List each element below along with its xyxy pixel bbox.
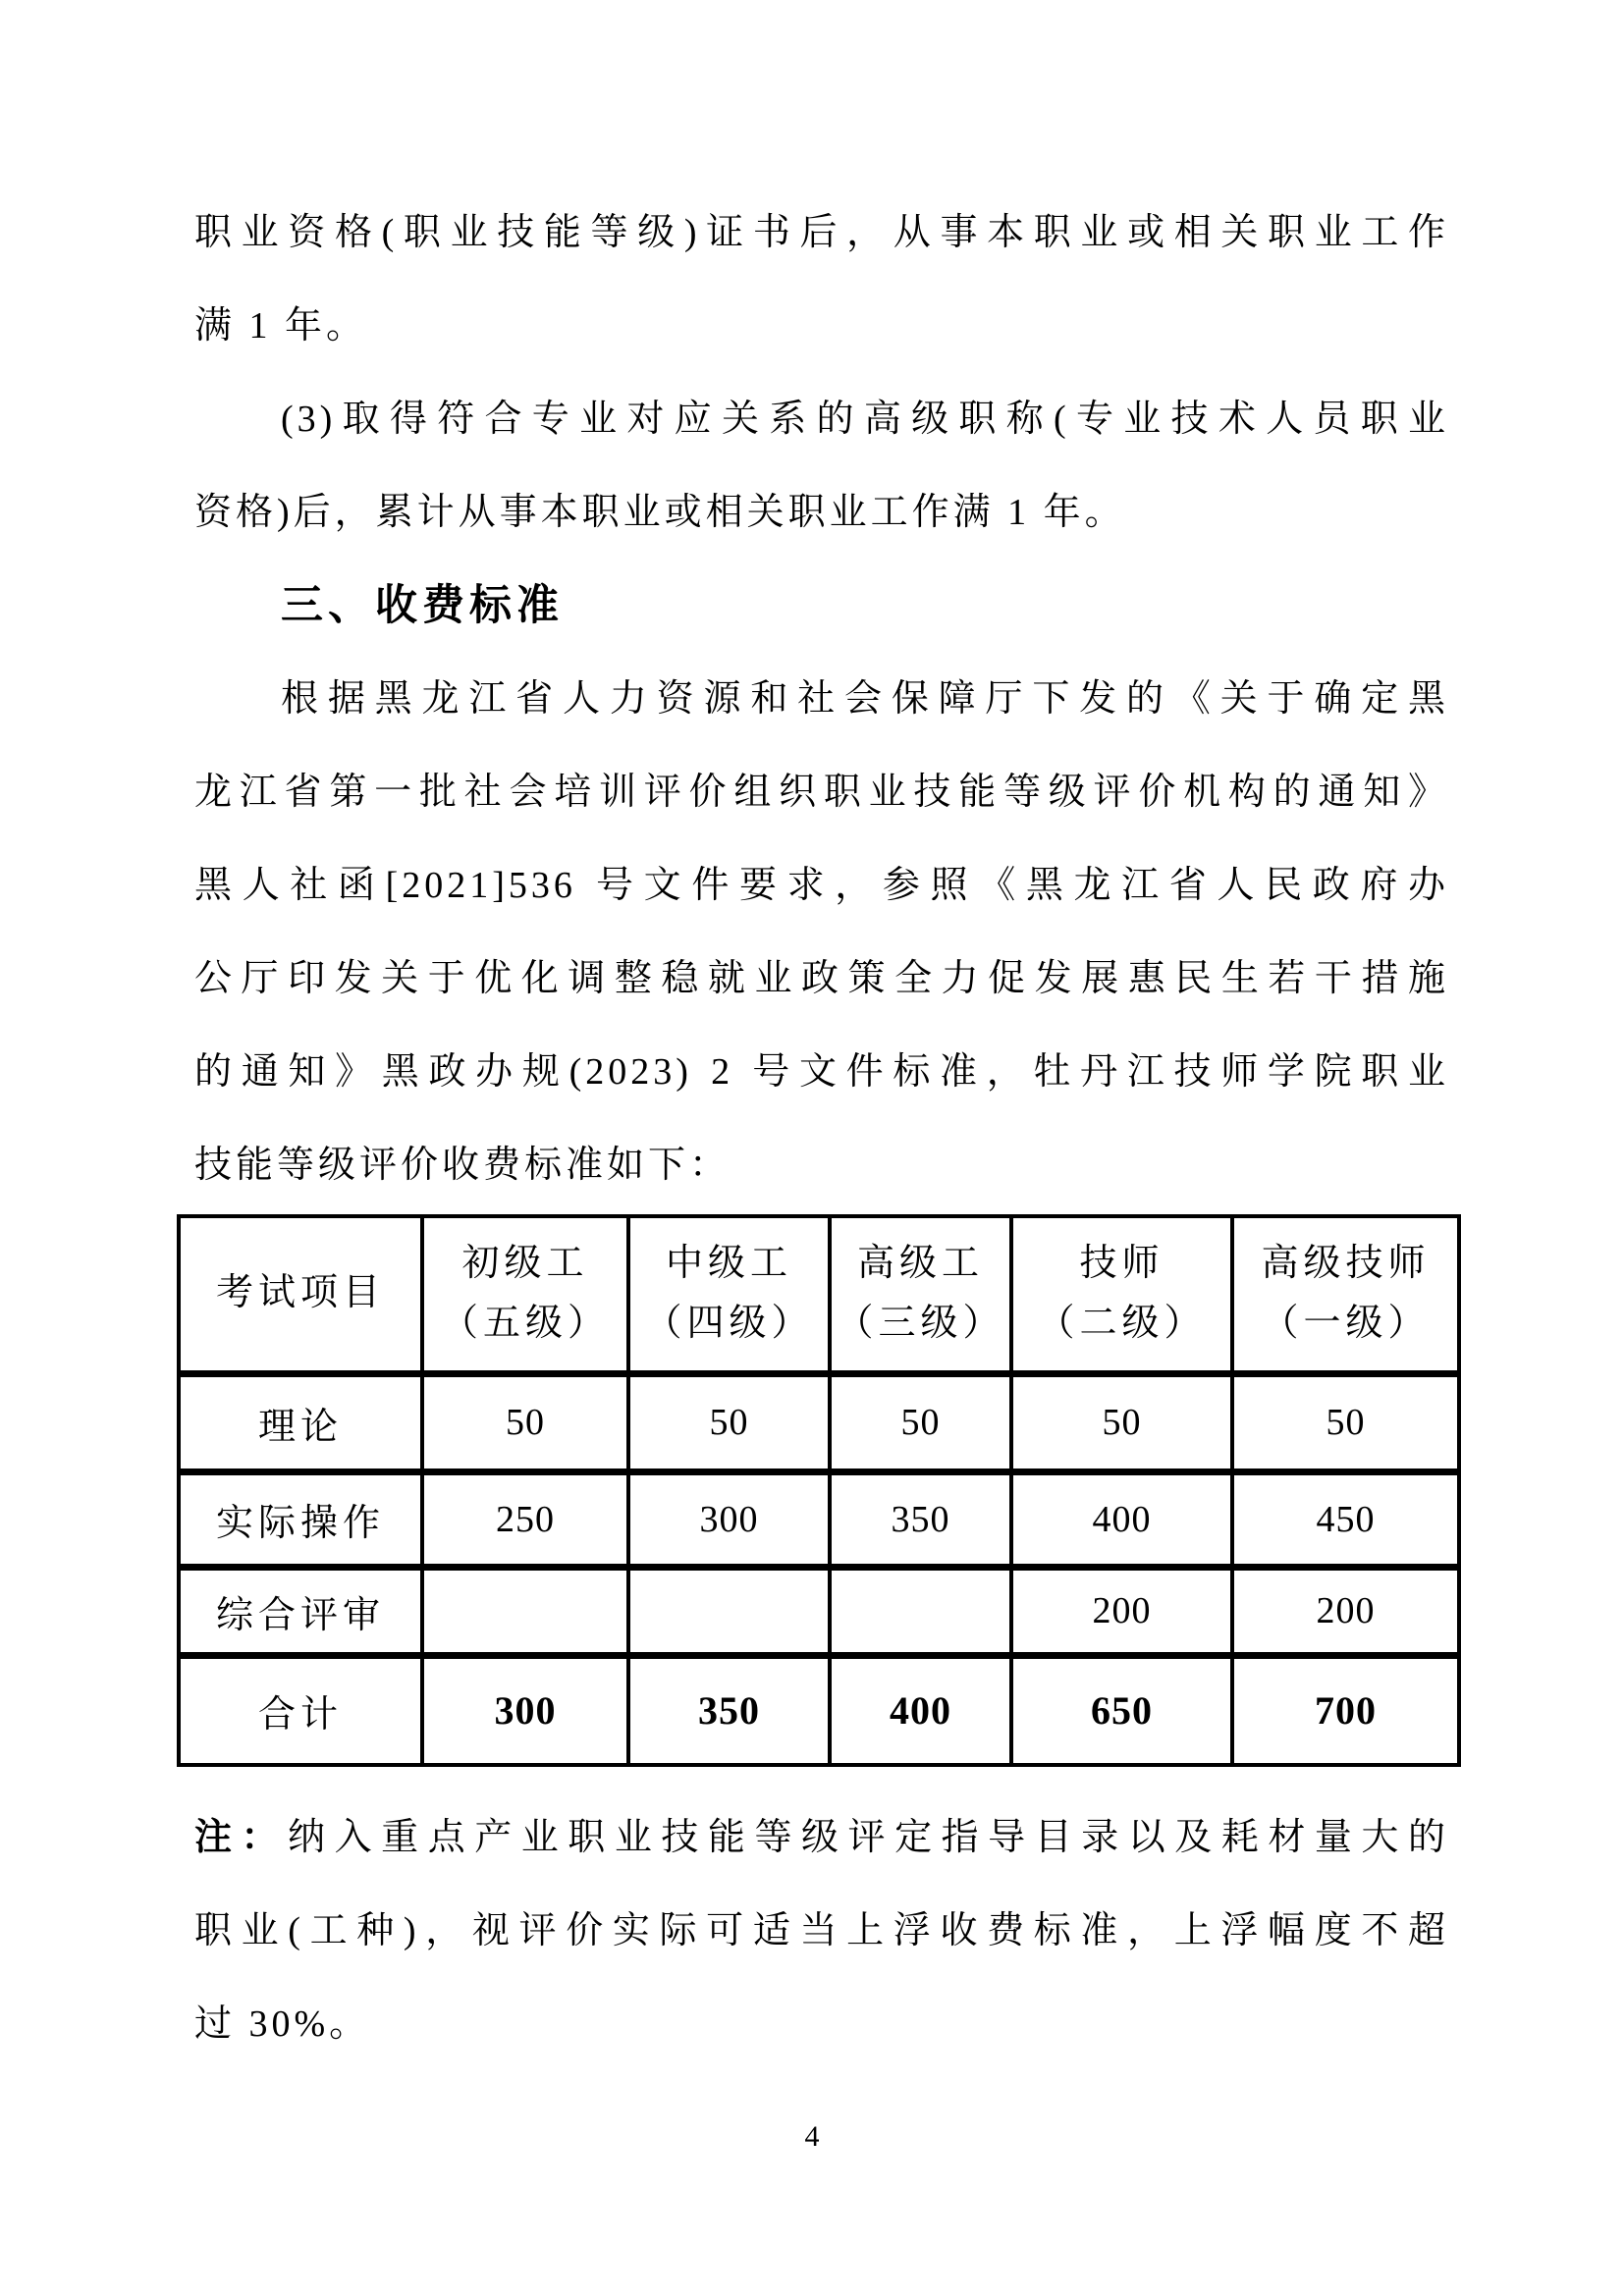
table-cell: 300 bbox=[422, 1655, 628, 1765]
table-cell: 50 bbox=[830, 1373, 1011, 1471]
table-header-sublabel: （三级） bbox=[832, 1294, 1009, 1355]
table-cell: 350 bbox=[830, 1471, 1011, 1567]
body-line: 的通知》黑政办规(2023) 2 号文件标准，牡丹江技师学院职业 bbox=[194, 1026, 1449, 1119]
page-number: 4 bbox=[0, 2120, 1624, 2154]
table-row: 实际操作 250 300 350 400 450 bbox=[179, 1471, 1459, 1567]
table-row: 理论 50 50 50 50 50 bbox=[179, 1373, 1459, 1471]
note-prefix: 注： bbox=[194, 1817, 288, 1858]
row-label: 合计 bbox=[179, 1655, 422, 1765]
table-cell: 450 bbox=[1232, 1471, 1459, 1567]
body-line: (3)取得符合专业对应关系的高级职称(专业技术人员职业 bbox=[194, 373, 1449, 466]
table-header-sublabel: （一级） bbox=[1234, 1294, 1457, 1355]
table-header-label: 高级工 bbox=[832, 1234, 1009, 1295]
table-header-sublabel: （二级） bbox=[1013, 1294, 1230, 1355]
table-header-cell: 技师 （二级） bbox=[1011, 1216, 1232, 1373]
row-label: 理论 bbox=[179, 1373, 422, 1471]
note-line: 注：纳入重点产业职业技能等级评定指导目录以及耗材量大的 bbox=[194, 1791, 1449, 1885]
table-header-label: 技师 bbox=[1013, 1234, 1230, 1295]
table-header-label: 高级技师 bbox=[1234, 1234, 1457, 1295]
body-line: 资格)后，累计从事本职业或相关职业工作满 1 年。 bbox=[194, 466, 1449, 560]
note-block: 注：纳入重点产业职业技能等级评定指导目录以及耗材量大的 职业(工种)，视评价实际… bbox=[194, 1791, 1449, 2071]
table-header-cell: 初级工 （五级） bbox=[422, 1216, 628, 1373]
body-line: 职业资格(职业技能等级)证书后，从事本职业或相关职业工作 bbox=[194, 187, 1449, 280]
table-cell: 350 bbox=[628, 1655, 830, 1765]
fee-table: 考试项目 初级工 （五级） 中级工 （四级） 高级工 （三级） 技师 （二级） bbox=[177, 1214, 1461, 1767]
table-header-cell: 高级工 （三级） bbox=[830, 1216, 1011, 1373]
body-line: 根据黑龙江省人力资源和社会保障厅下发的《关于确定黑 bbox=[194, 653, 1449, 746]
table-cell: 300 bbox=[628, 1471, 830, 1567]
table-row: 综合评审 200 200 bbox=[179, 1567, 1459, 1655]
body-line: 满 1 年。 bbox=[194, 280, 1449, 373]
table-header-label: 考试项目 bbox=[181, 1263, 420, 1324]
note-line: 过 30%。 bbox=[194, 1978, 1449, 2071]
body-line: 黑人社函[2021]536 号文件要求，参照《黑龙江省人民政府办 bbox=[194, 839, 1449, 933]
table-cell: 250 bbox=[422, 1471, 628, 1567]
table-header-label: 中级工 bbox=[630, 1234, 828, 1295]
document-page: 职业资格(职业技能等级)证书后，从事本职业或相关职业工作 满 1 年。 (3)取… bbox=[0, 0, 1624, 2296]
section-heading: 三、收费标准 bbox=[194, 560, 1449, 653]
table-cell: 700 bbox=[1232, 1655, 1459, 1765]
table-cell bbox=[628, 1567, 830, 1655]
row-label: 综合评审 bbox=[179, 1567, 422, 1655]
row-label: 实际操作 bbox=[179, 1471, 422, 1567]
body-line: 公厅印发关于优化调整稳就业政策全力促发展惠民生若干措施 bbox=[194, 933, 1449, 1026]
table-header-cell: 高级技师 （一级） bbox=[1232, 1216, 1459, 1373]
body-text-block: 职业资格(职业技能等级)证书后，从事本职业或相关职业工作 满 1 年。 (3)取… bbox=[194, 187, 1449, 1212]
table-cell: 50 bbox=[1232, 1373, 1459, 1471]
table-cell: 400 bbox=[1011, 1471, 1232, 1567]
table-cell: 650 bbox=[1011, 1655, 1232, 1765]
table-header-sublabel: （四级） bbox=[630, 1294, 828, 1355]
table-row-total: 合计 300 350 400 650 700 bbox=[179, 1655, 1459, 1765]
note-text: 纳入重点产业职业技能等级评定指导目录以及耗材量大的 bbox=[288, 1817, 1449, 1858]
table-header-cell: 考试项目 bbox=[179, 1216, 422, 1373]
body-line: 龙江省第一批社会培训评价组织职业技能等级评价机构的通知》 bbox=[194, 746, 1449, 839]
note-line: 职业(工种)，视评价实际可适当上浮收费标准，上浮幅度不超 bbox=[194, 1885, 1449, 1978]
table-cell: 50 bbox=[1011, 1373, 1232, 1471]
table-header-cell: 中级工 （四级） bbox=[628, 1216, 830, 1373]
table-header-label: 初级工 bbox=[424, 1234, 626, 1295]
table-cell: 200 bbox=[1232, 1567, 1459, 1655]
table-cell: 50 bbox=[628, 1373, 830, 1471]
table-cell bbox=[422, 1567, 628, 1655]
table-cell: 50 bbox=[422, 1373, 628, 1471]
body-line: 技能等级评价收费标准如下： bbox=[194, 1119, 1449, 1212]
table-cell: 200 bbox=[1011, 1567, 1232, 1655]
table-header-sublabel: （五级） bbox=[424, 1294, 626, 1355]
table-cell: 400 bbox=[830, 1655, 1011, 1765]
table-header-row: 考试项目 初级工 （五级） 中级工 （四级） 高级工 （三级） 技师 （二级） bbox=[179, 1216, 1459, 1373]
table-cell bbox=[830, 1567, 1011, 1655]
